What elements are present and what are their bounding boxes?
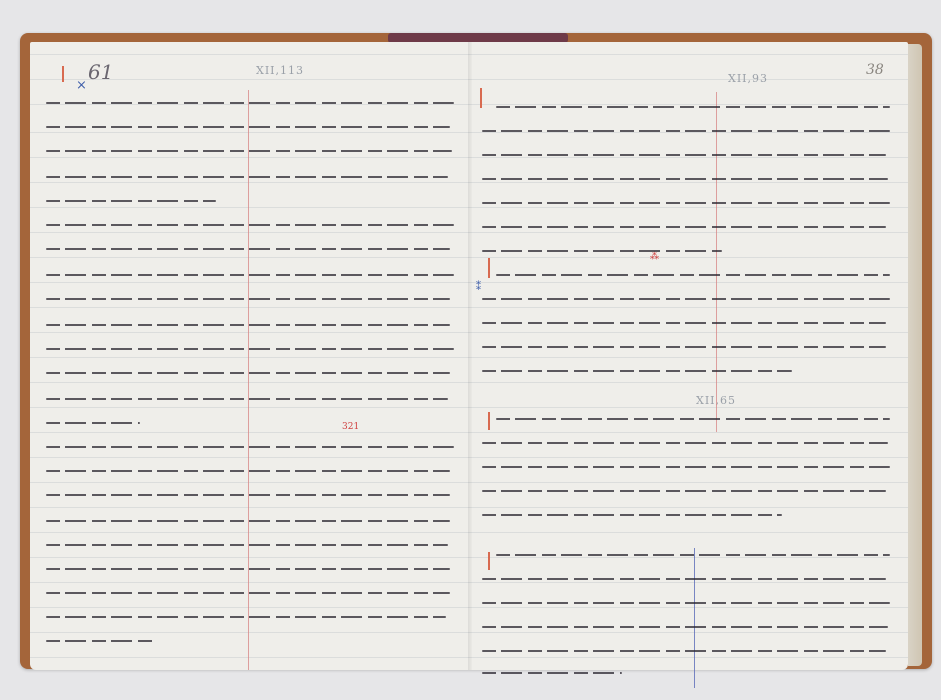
red-margin-note: ⁂ [650, 252, 659, 262]
right-archive-reference-top: XII,93 [728, 72, 768, 85]
handwritten-line [46, 150, 452, 152]
handwritten-line [482, 672, 622, 674]
handwritten-line [46, 248, 450, 250]
handwritten-line [496, 418, 890, 420]
handwritten-line [482, 578, 886, 580]
left-archive-reference: XII,113 [256, 64, 304, 77]
handwritten-line [46, 568, 450, 570]
handwritten-line [46, 422, 140, 424]
handwritten-line [46, 102, 454, 104]
blue-cross-mark: × [76, 78, 87, 93]
handwritten-line [482, 466, 890, 468]
red-margin-mark [488, 258, 490, 278]
blue-pencil-line [694, 548, 695, 688]
page-block-edge [908, 44, 922, 666]
handwritten-line [46, 298, 450, 300]
handwritten-line [482, 202, 890, 204]
handwritten-line [46, 348, 454, 350]
handwritten-line [482, 346, 886, 348]
left-margin-annotation: 321 [342, 422, 359, 432]
handwritten-line [46, 640, 156, 642]
left-page: 61 × XII,113 321 20 [30, 42, 472, 670]
right-page: 38 XII,93 XII,65 ⁑ ⁂ [472, 42, 908, 670]
handwritten-line [482, 298, 890, 300]
handwritten-line [46, 446, 454, 448]
handwritten-line [482, 442, 888, 444]
red-margin-mark [62, 66, 64, 82]
handwritten-line [496, 274, 890, 276]
handwritten-line [482, 370, 792, 372]
handwritten-line [482, 226, 886, 228]
handwritten-line [482, 250, 722, 252]
handwritten-line [46, 398, 448, 400]
red-margin-mark [488, 552, 490, 570]
blue-margin-mark: ⁑ [476, 282, 481, 293]
handwritten-line [46, 372, 450, 374]
handwritten-line [46, 470, 450, 472]
handwritten-line [482, 490, 886, 492]
handwritten-line [482, 130, 890, 132]
red-margin-mark [480, 88, 482, 108]
handwritten-line [46, 520, 450, 522]
handwritten-line [496, 106, 890, 108]
handwritten-line [482, 178, 888, 180]
handwritten-line [482, 626, 888, 628]
handwritten-line [46, 224, 454, 226]
handwritten-line [46, 126, 450, 128]
handwritten-line [46, 544, 448, 546]
handwritten-line [482, 154, 886, 156]
handwritten-line [46, 616, 446, 618]
handwritten-line [46, 176, 448, 178]
red-margin-mark [488, 412, 490, 430]
handwritten-line [46, 274, 454, 276]
handwritten-line [46, 200, 216, 202]
left-page-number: 61 [88, 60, 113, 84]
handwritten-line [496, 554, 890, 556]
handwritten-line [482, 514, 782, 516]
red-pencil-line [716, 92, 717, 432]
handwritten-line [46, 494, 450, 496]
handwritten-line [46, 324, 450, 326]
handwritten-line [482, 602, 890, 604]
handwritten-line [482, 650, 886, 652]
handwritten-line [482, 322, 886, 324]
handwritten-line [46, 592, 450, 594]
right-page-number: 38 [866, 62, 884, 78]
